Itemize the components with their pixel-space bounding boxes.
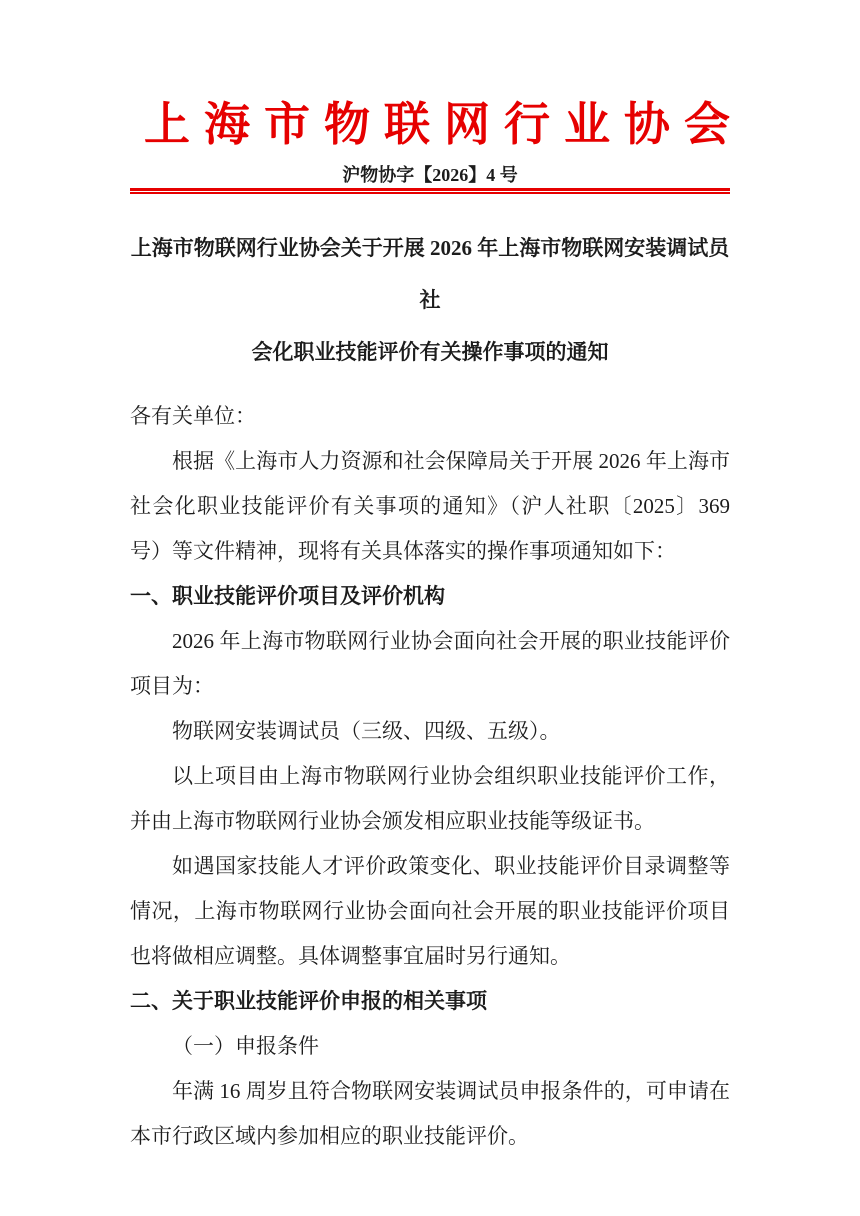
salutation: 各有关单位： [130,394,730,439]
paragraph-age-requirement: 年满 16 周岁且符合物联网安装调试员申报条件的，可申请在本市行政区域内参加相应… [130,1069,730,1159]
paragraph-policy-change: 如遇国家技能人才评价政策变化、职业技能评价目录调整等情况，上海市物联网行业协会面… [130,844,730,979]
letterhead-org-name: 上海市物联网行业协会 [130,94,730,156]
paragraph-project-intro: 2026 年上海市物联网行业协会面向社会开展的职业技能评价项目为： [130,619,730,709]
letterhead-divider-rule [130,188,730,194]
paragraph-project-name: 物联网安装调试员（三级、四级、五级）。 [130,709,730,754]
paragraph-certificate: 以上项目由上海市物联网行业协会组织职业技能评价工作，并由上海市物联网行业协会颁发… [130,754,730,844]
document-title-line-2: 会化职业技能评价有关操作事项的通知 [130,326,730,378]
document-content: 上海市物联网行业协会 沪物协字【2026】4 号 上海市物联网行业协会关于开展 … [130,94,730,1159]
paragraph-basis: 根据《上海市人力资源和社会保障局关于开展 2026 年上海市社会化职业技能评价有… [130,439,730,574]
document-number: 沪物协字【2026】4 号 [130,164,730,186]
document-body: 各有关单位： 根据《上海市人力资源和社会保障局关于开展 2026 年上海市社会化… [130,394,730,1159]
document-page: 上海市物联网行业协会 沪物协字【2026】4 号 上海市物联网行业协会关于开展 … [0,0,860,1216]
section-heading-2: 二、关于职业技能评价申报的相关事项 [130,979,730,1024]
document-title: 上海市物联网行业协会关于开展 2026 年上海市物联网安装调试员社 会化职业技能… [130,222,730,378]
subsection-heading-application-conditions: （一）申报条件 [130,1024,730,1069]
document-title-line-1: 上海市物联网行业协会关于开展 2026 年上海市物联网安装调试员社 [130,222,730,326]
section-heading-1: 一、职业技能评价项目及评价机构 [130,574,730,619]
